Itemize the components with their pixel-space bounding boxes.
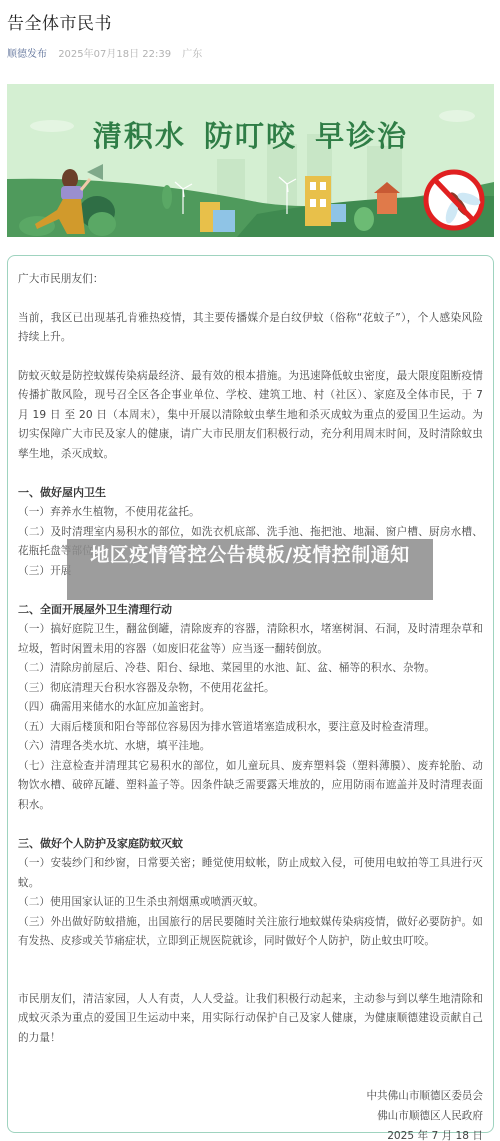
section-item: （四）确需用来储水的水缸应加盖密封。 bbox=[18, 698, 483, 718]
author-link[interactable]: 顺德发布 bbox=[7, 49, 47, 60]
section-item: （三）外出做好防蚊措施，出国旅行的居民要随时关注旅行地蚊媒传染病疫情，做好必要防… bbox=[18, 913, 483, 952]
signature-government: 佛山市顺德区人民政府 bbox=[18, 1106, 483, 1126]
article-meta: 顺德发布 2025年07月18日 22:39 广东 bbox=[7, 48, 493, 62]
signature-date: 2025 年 7 月 18 日 bbox=[18, 1126, 483, 1141]
letter-greeting: 广大市民朋友们： bbox=[18, 270, 483, 290]
publish-location: 广东 bbox=[182, 49, 202, 60]
banner-illustration bbox=[7, 84, 494, 237]
section-item: （二）使用国家认证的卫生杀虫剂烟熏或喷洒灭蚊。 bbox=[18, 893, 483, 913]
letter-closing: 市民朋友们，清洁家园，人人有责，人人受益。让我们积极行动起来，主动参与到以孳生地… bbox=[18, 990, 483, 1049]
article-title: 告全体市民书 bbox=[7, 12, 493, 36]
article-header: 告全体市民书 顺德发布 2025年07月18日 22:39 广东 bbox=[0, 0, 500, 78]
section-item: （一）搞好庭院卫生，翻盆倒罐，清除废弃的容器，清除积水，堵塞树洞、石洞，及时清理… bbox=[18, 620, 483, 659]
section-heading-outdoor: 二、全面开展屋外卫生清理行动 bbox=[18, 600, 483, 620]
section-item: （七）注意检查并清理其它易积水的部位，如儿童玩具、废弃塑料袋（塑料薄膜）、废弃轮… bbox=[18, 757, 483, 816]
section-item: （二）清除房前屋后、冷巷、阳台、绿地、菜园里的水池、缸、盆、桶等的积水、杂物。 bbox=[18, 659, 483, 679]
section-item: （一）安装纱门和纱窗，日常要关密；睡觉使用蚊帐，防止成蚊入侵，可使用电蚊拍等工具… bbox=[18, 854, 483, 893]
section-item: （五）大雨后楼顶和阳台等部位容易因为排水管道堵塞造成积水，要注意及时检查清理。 bbox=[18, 718, 483, 738]
section-item: （三）彻底清理天台积水容器及杂物，不使用花盆托。 bbox=[18, 679, 483, 699]
section-item: （一）弃养水生植物，不使用花盆托。 bbox=[18, 503, 483, 523]
section-heading-indoor: 一、做好屋内卫生 bbox=[18, 483, 483, 503]
letter-intro-2: 防蚊灭蚊是防控蚊媒传染病最经济、最有效的根本措施。为迅速降低蚊虫密度，最大限度阻… bbox=[18, 367, 483, 465]
letter-intro-1: 当前，我区已出现基孔肯雅热疫情，其主要传播媒介是白纹伊蚊（俗称“花蚊子”），个人… bbox=[18, 309, 483, 348]
signature-committee: 中共佛山市顺德区委员会 bbox=[18, 1086, 483, 1106]
watermark-caption: 地区疫情管控公告模板/疫情控制通知 bbox=[67, 539, 433, 600]
section-item: （六）清理各类水坑、水塘，填平洼地。 bbox=[18, 737, 483, 757]
section-heading-personal: 三、做好个人防护及家庭防蚊灭蚊 bbox=[18, 834, 483, 854]
notice-letter: 广大市民朋友们： 当前，我区已出现基孔肯雅热疫情，其主要传播媒介是白纹伊蚊（俗称… bbox=[7, 255, 494, 1133]
banner-slogan: 清积水 防叮咬 早诊治 bbox=[7, 114, 494, 155]
no-mosquito-icon bbox=[426, 172, 482, 228]
campaign-banner: 清积水 防叮咬 早诊治 bbox=[7, 84, 494, 237]
publish-time: 2025年07月18日 22:39 bbox=[58, 49, 171, 60]
